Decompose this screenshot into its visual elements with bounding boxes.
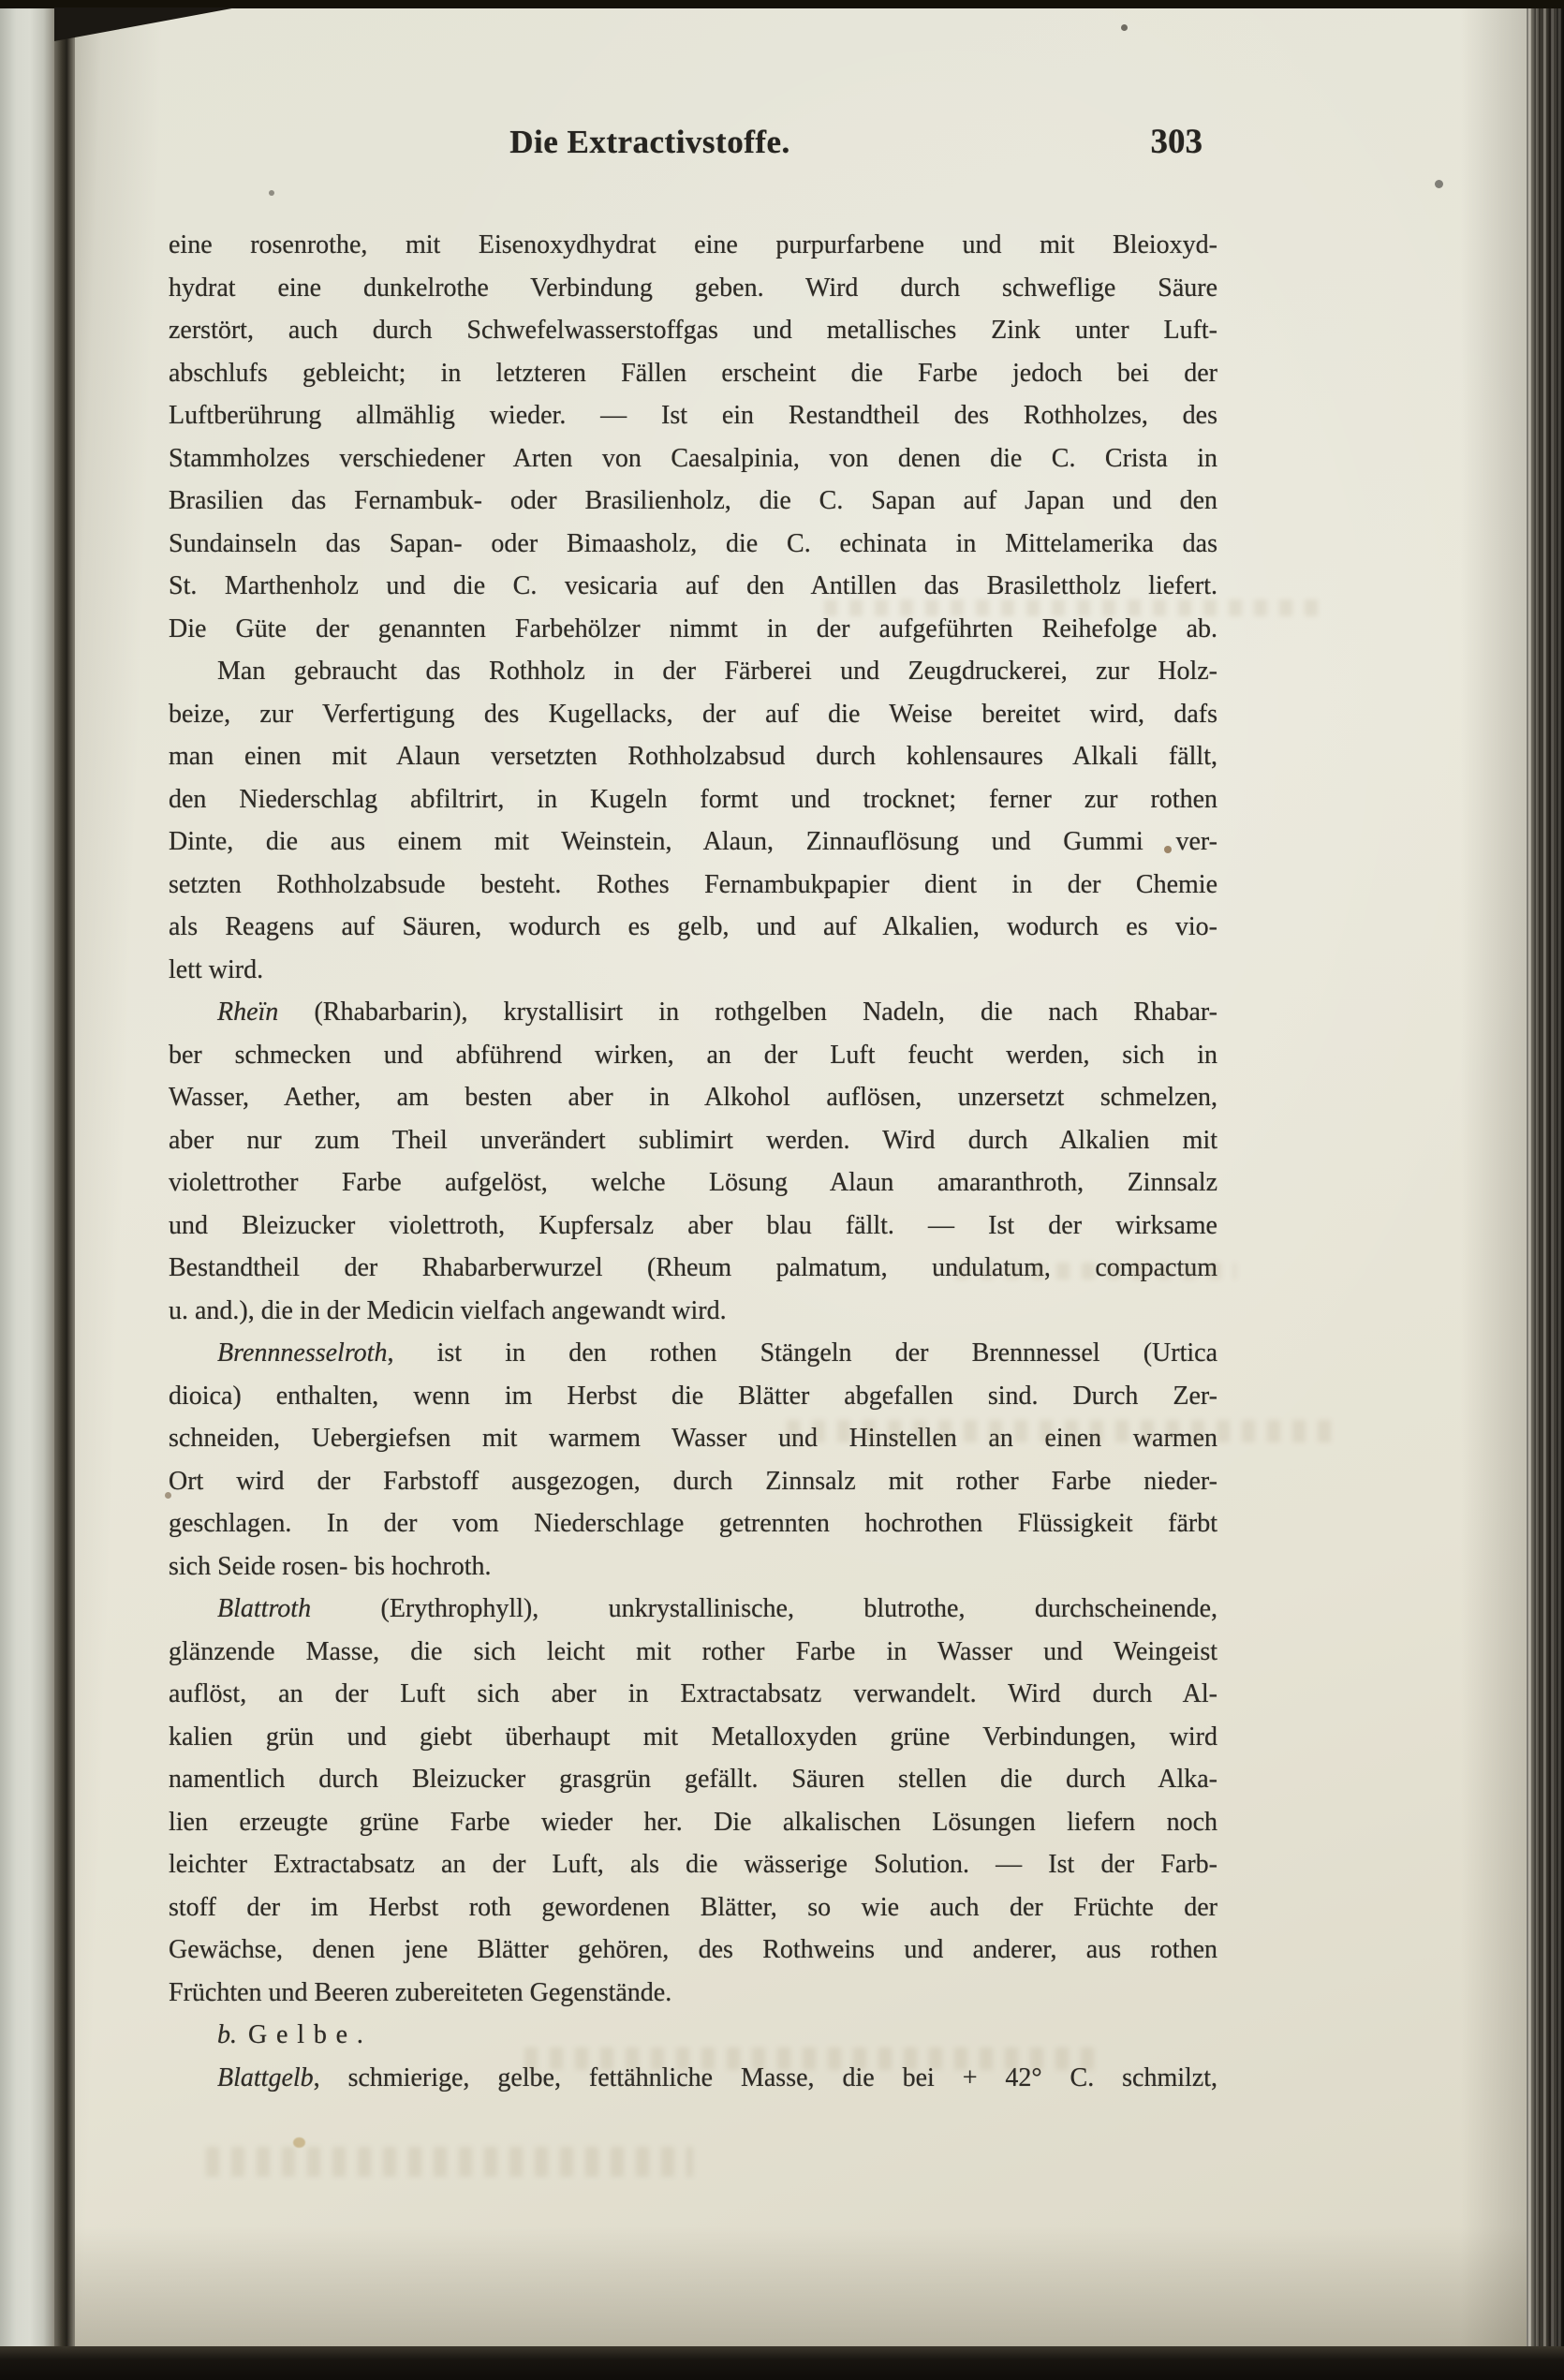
substance-name: Blattroth xyxy=(217,1594,311,1623)
text-run: (Erythrophyll), unkrystallinische, blutr… xyxy=(311,1594,1217,1623)
text-run: Luftberührung allmählig wieder. — Ist ei… xyxy=(169,401,1217,430)
scan-top-shadow xyxy=(0,0,1564,8)
text-line: Rheïn (Rhabarbarin), krystallisirt in ro… xyxy=(169,991,1217,1034)
ink-showthrough xyxy=(955,1263,1236,1279)
text-run: namentlich durch Bleizucker grasgrün gef… xyxy=(169,1765,1217,1794)
substance-name: b. xyxy=(217,2020,237,2049)
text-line: Sundainseln das Sapan- oder Bimaasholz, … xyxy=(169,523,1217,566)
text-run: aber nur zum Theil unverändert sublimirt… xyxy=(169,1126,1217,1155)
text-line: glänzende Masse, die sich leicht mit rot… xyxy=(169,1631,1217,1674)
substance-name: Rheïn xyxy=(217,998,278,1027)
text-run: lien erzeugte grüne Farbe wieder her. Di… xyxy=(169,1808,1217,1837)
text-line: lett wird. xyxy=(169,949,1217,992)
paragraph: eine rosenrothe, mit Eisenoxydhydrat ein… xyxy=(169,224,1217,650)
text-run: den Niederschlag abfiltrirt, in Kugeln f… xyxy=(169,785,1217,814)
text-run: , ist in den rothen Stängeln der Brennne… xyxy=(387,1338,1217,1367)
text-line: sich Seide rosen- bis hochroth. xyxy=(169,1545,1217,1589)
text-line: stoff der im Herbst roth gewordenen Blät… xyxy=(169,1886,1217,1929)
paper-speck xyxy=(1164,846,1172,853)
text-run: setzten Rothholzabsude besteht. Rothes F… xyxy=(169,870,1217,899)
text-run: hydrat eine dunkelrothe Verbindung geben… xyxy=(169,273,1217,303)
text-line: kalien grün und giebt überhaupt mit Meta… xyxy=(169,1716,1217,1759)
paragraph: Rheïn (Rhabarbarin), krystallisirt in ro… xyxy=(169,991,1217,1332)
text-line: auflöst, an der Luft sich aber in Extrac… xyxy=(169,1673,1217,1716)
ink-showthrough xyxy=(824,599,1330,616)
text-line: beize, zur Verfertigung des Kugellacks, … xyxy=(169,693,1217,736)
paragraph: Man gebraucht das Rothholz in der Färber… xyxy=(169,650,1217,991)
text-line: den Niederschlag abfiltrirt, in Kugeln f… xyxy=(169,778,1217,821)
text-line: leichter Extractabsatz an der Luft, als … xyxy=(169,1843,1217,1886)
text-line: u. and.), die in der Medicin vielfach an… xyxy=(169,1290,1217,1333)
text-line: ber schmecken und abführend wirken, an d… xyxy=(169,1034,1217,1077)
text-run: eine rosenrothe, mit Eisenoxydhydrat ein… xyxy=(169,230,1217,259)
text-line: Wasser, Aether, am besten aber in Alkoho… xyxy=(169,1076,1217,1119)
text-run: Gewächse, denen jene Blätter gehören, de… xyxy=(169,1935,1217,1964)
text-run: ber schmecken und abführend wirken, an d… xyxy=(169,1041,1217,1070)
text-run: St. Marthenholz und die C. vesicaria auf… xyxy=(169,571,1217,600)
text-run: lett wird. xyxy=(169,955,263,984)
page-title: Die Extractivstoffe. xyxy=(169,124,1131,161)
text-line: Blattroth (Erythrophyll), unkrystallinis… xyxy=(169,1588,1217,1631)
text-run: beize, zur Verfertigung des Kugellacks, … xyxy=(169,700,1217,729)
text-run: Stammholzes verschiedener Arten von Caes… xyxy=(169,444,1217,473)
text-line: Brennnesselroth, ist in den rothen Stäng… xyxy=(169,1332,1217,1375)
text-run: dioica) enthalten, wenn im Herbst die Bl… xyxy=(169,1382,1217,1411)
text-run: Die Güte der genannten Farbehölzer nimmt… xyxy=(169,614,1217,643)
text-line: abschlufs gebleicht; in letzteren Fällen… xyxy=(169,352,1217,395)
text-line: man einen mit Alaun versetzten Rothholza… xyxy=(169,735,1217,778)
text-run: Gelbe. xyxy=(248,2020,373,2049)
text-line: lien erzeugte grüne Farbe wieder her. Di… xyxy=(169,1801,1217,1844)
text-run: violettrother Farbe aufgelöst, welche Lö… xyxy=(169,1168,1217,1197)
text-line: setzten Rothholzabsude besteht. Rothes F… xyxy=(169,864,1217,907)
page-edge-stack xyxy=(1527,0,1564,2380)
text-line: Stammholzes verschiedener Arten von Caes… xyxy=(169,437,1217,480)
text-run: Dinte, die aus einem mit Weinstein, Alau… xyxy=(169,827,1217,856)
paragraph: Brennnesselroth, ist in den rothen Stäng… xyxy=(169,1332,1217,1588)
previous-page-edge xyxy=(0,0,54,2380)
text-run: Man gebraucht das Rothholz in der Färber… xyxy=(217,657,1217,686)
text-line: geschlagen. In der vom Niederschlage get… xyxy=(169,1502,1217,1545)
text-line: als Reagens auf Säuren, wodurch es gelb,… xyxy=(169,906,1217,949)
text-line: Luftberührung allmählig wieder. — Ist ei… xyxy=(169,394,1217,437)
text-run: stoff der im Herbst roth gewordenen Blät… xyxy=(169,1893,1217,1922)
text-line: dioica) enthalten, wenn im Herbst die Bl… xyxy=(169,1375,1217,1418)
text-line: namentlich durch Bleizucker grasgrün gef… xyxy=(169,1758,1217,1801)
text-run: (Rhabarbarin), krystallisirt in rothgelb… xyxy=(278,998,1217,1027)
text-run: geschlagen. In der vom Niederschlage get… xyxy=(169,1509,1217,1538)
text-run: als Reagens auf Säuren, wodurch es gelb,… xyxy=(169,912,1217,941)
text-line: Brasilien das Fernambuk- oder Brasilienh… xyxy=(169,480,1217,523)
text-run: zerstört, auch durch Schwefelwasserstoff… xyxy=(169,316,1217,345)
text-line: und Bleizucker violettroth, Kupfersalz a… xyxy=(169,1205,1217,1248)
text-line: hydrat eine dunkelrothe Verbindung geben… xyxy=(169,267,1217,310)
text-line: Man gebraucht das Rothholz in der Färber… xyxy=(169,650,1217,693)
text-run: Sundainseln das Sapan- oder Bimaasholz, … xyxy=(169,529,1217,558)
text-run: man einen mit Alaun versetzten Rothholza… xyxy=(169,742,1217,771)
substance-name: Blattgelb xyxy=(217,2063,314,2092)
paper-speck xyxy=(1435,180,1443,188)
text-line: Gewächse, denen jene Blätter gehören, de… xyxy=(169,1929,1217,1972)
text-line: eine rosenrothe, mit Eisenoxydhydrat ein… xyxy=(169,224,1217,267)
text-line: Ort wird der Farbstoff ausgezogen, durch… xyxy=(169,1460,1217,1503)
text-run: Brasilien das Fernambuk- oder Brasilienh… xyxy=(169,486,1217,515)
text-run: sich Seide rosen- bis hochroth. xyxy=(169,1552,492,1581)
text-run: Früchten und Beeren zubereiteten Gegenst… xyxy=(169,1978,671,2007)
text-run: und Bleizucker violettroth, Kupfersalz a… xyxy=(169,1211,1217,1240)
text-line: Dinte, die aus einem mit Weinstein, Alau… xyxy=(169,820,1217,864)
paper-speck xyxy=(165,1492,171,1499)
text-run: glänzende Masse, die sich leicht mit rot… xyxy=(169,1637,1217,1666)
text-run: leichter Extractabsatz an der Luft, als … xyxy=(169,1850,1217,1879)
substance-name: Brennnesselroth xyxy=(217,1338,387,1367)
page-number: 303 xyxy=(1151,122,1203,162)
text-run: auflöst, an der Luft sich aber in Extrac… xyxy=(169,1679,1217,1708)
ink-showthrough xyxy=(787,1420,1339,1442)
running-header: Die Extractivstoffe. 303 xyxy=(169,124,1217,180)
text-run: abschlufs gebleicht; in letzteren Fällen… xyxy=(169,359,1217,388)
text-line: Früchten und Beeren zubereiteten Gegenst… xyxy=(169,1972,1217,2015)
paragraph: Blattroth (Erythrophyll), unkrystallinis… xyxy=(169,1588,1217,2014)
text-run: Ort wird der Farbstoff ausgezogen, durch… xyxy=(169,1467,1217,1496)
paper-speck xyxy=(1121,24,1128,31)
text-run: Wasser, Aether, am besten aber in Alkoho… xyxy=(169,1083,1217,1112)
text-line: zerstört, auch durch Schwefelwasserstoff… xyxy=(169,309,1217,352)
paper-speck xyxy=(269,190,274,196)
text-run: kalien grün und giebt überhaupt mit Meta… xyxy=(169,1722,1217,1752)
text-run: u. and.), die in der Medicin vielfach an… xyxy=(169,1296,727,1325)
text-line: violettrother Farbe aufgelöst, welche Lö… xyxy=(169,1161,1217,1205)
ink-showthrough xyxy=(524,2047,1105,2070)
book-page-scan: Die Extractivstoffe. 303 eine rosenrothe… xyxy=(0,0,1564,2380)
text-block-body: eine rosenrothe, mit Eisenoxydhydrat ein… xyxy=(169,224,1217,2099)
text-line: aber nur zum Theil unverändert sublimirt… xyxy=(169,1119,1217,1162)
scan-bottom-shadow xyxy=(0,2346,1564,2380)
ink-showthrough xyxy=(206,2147,693,2177)
gutter-crease xyxy=(54,0,77,2380)
